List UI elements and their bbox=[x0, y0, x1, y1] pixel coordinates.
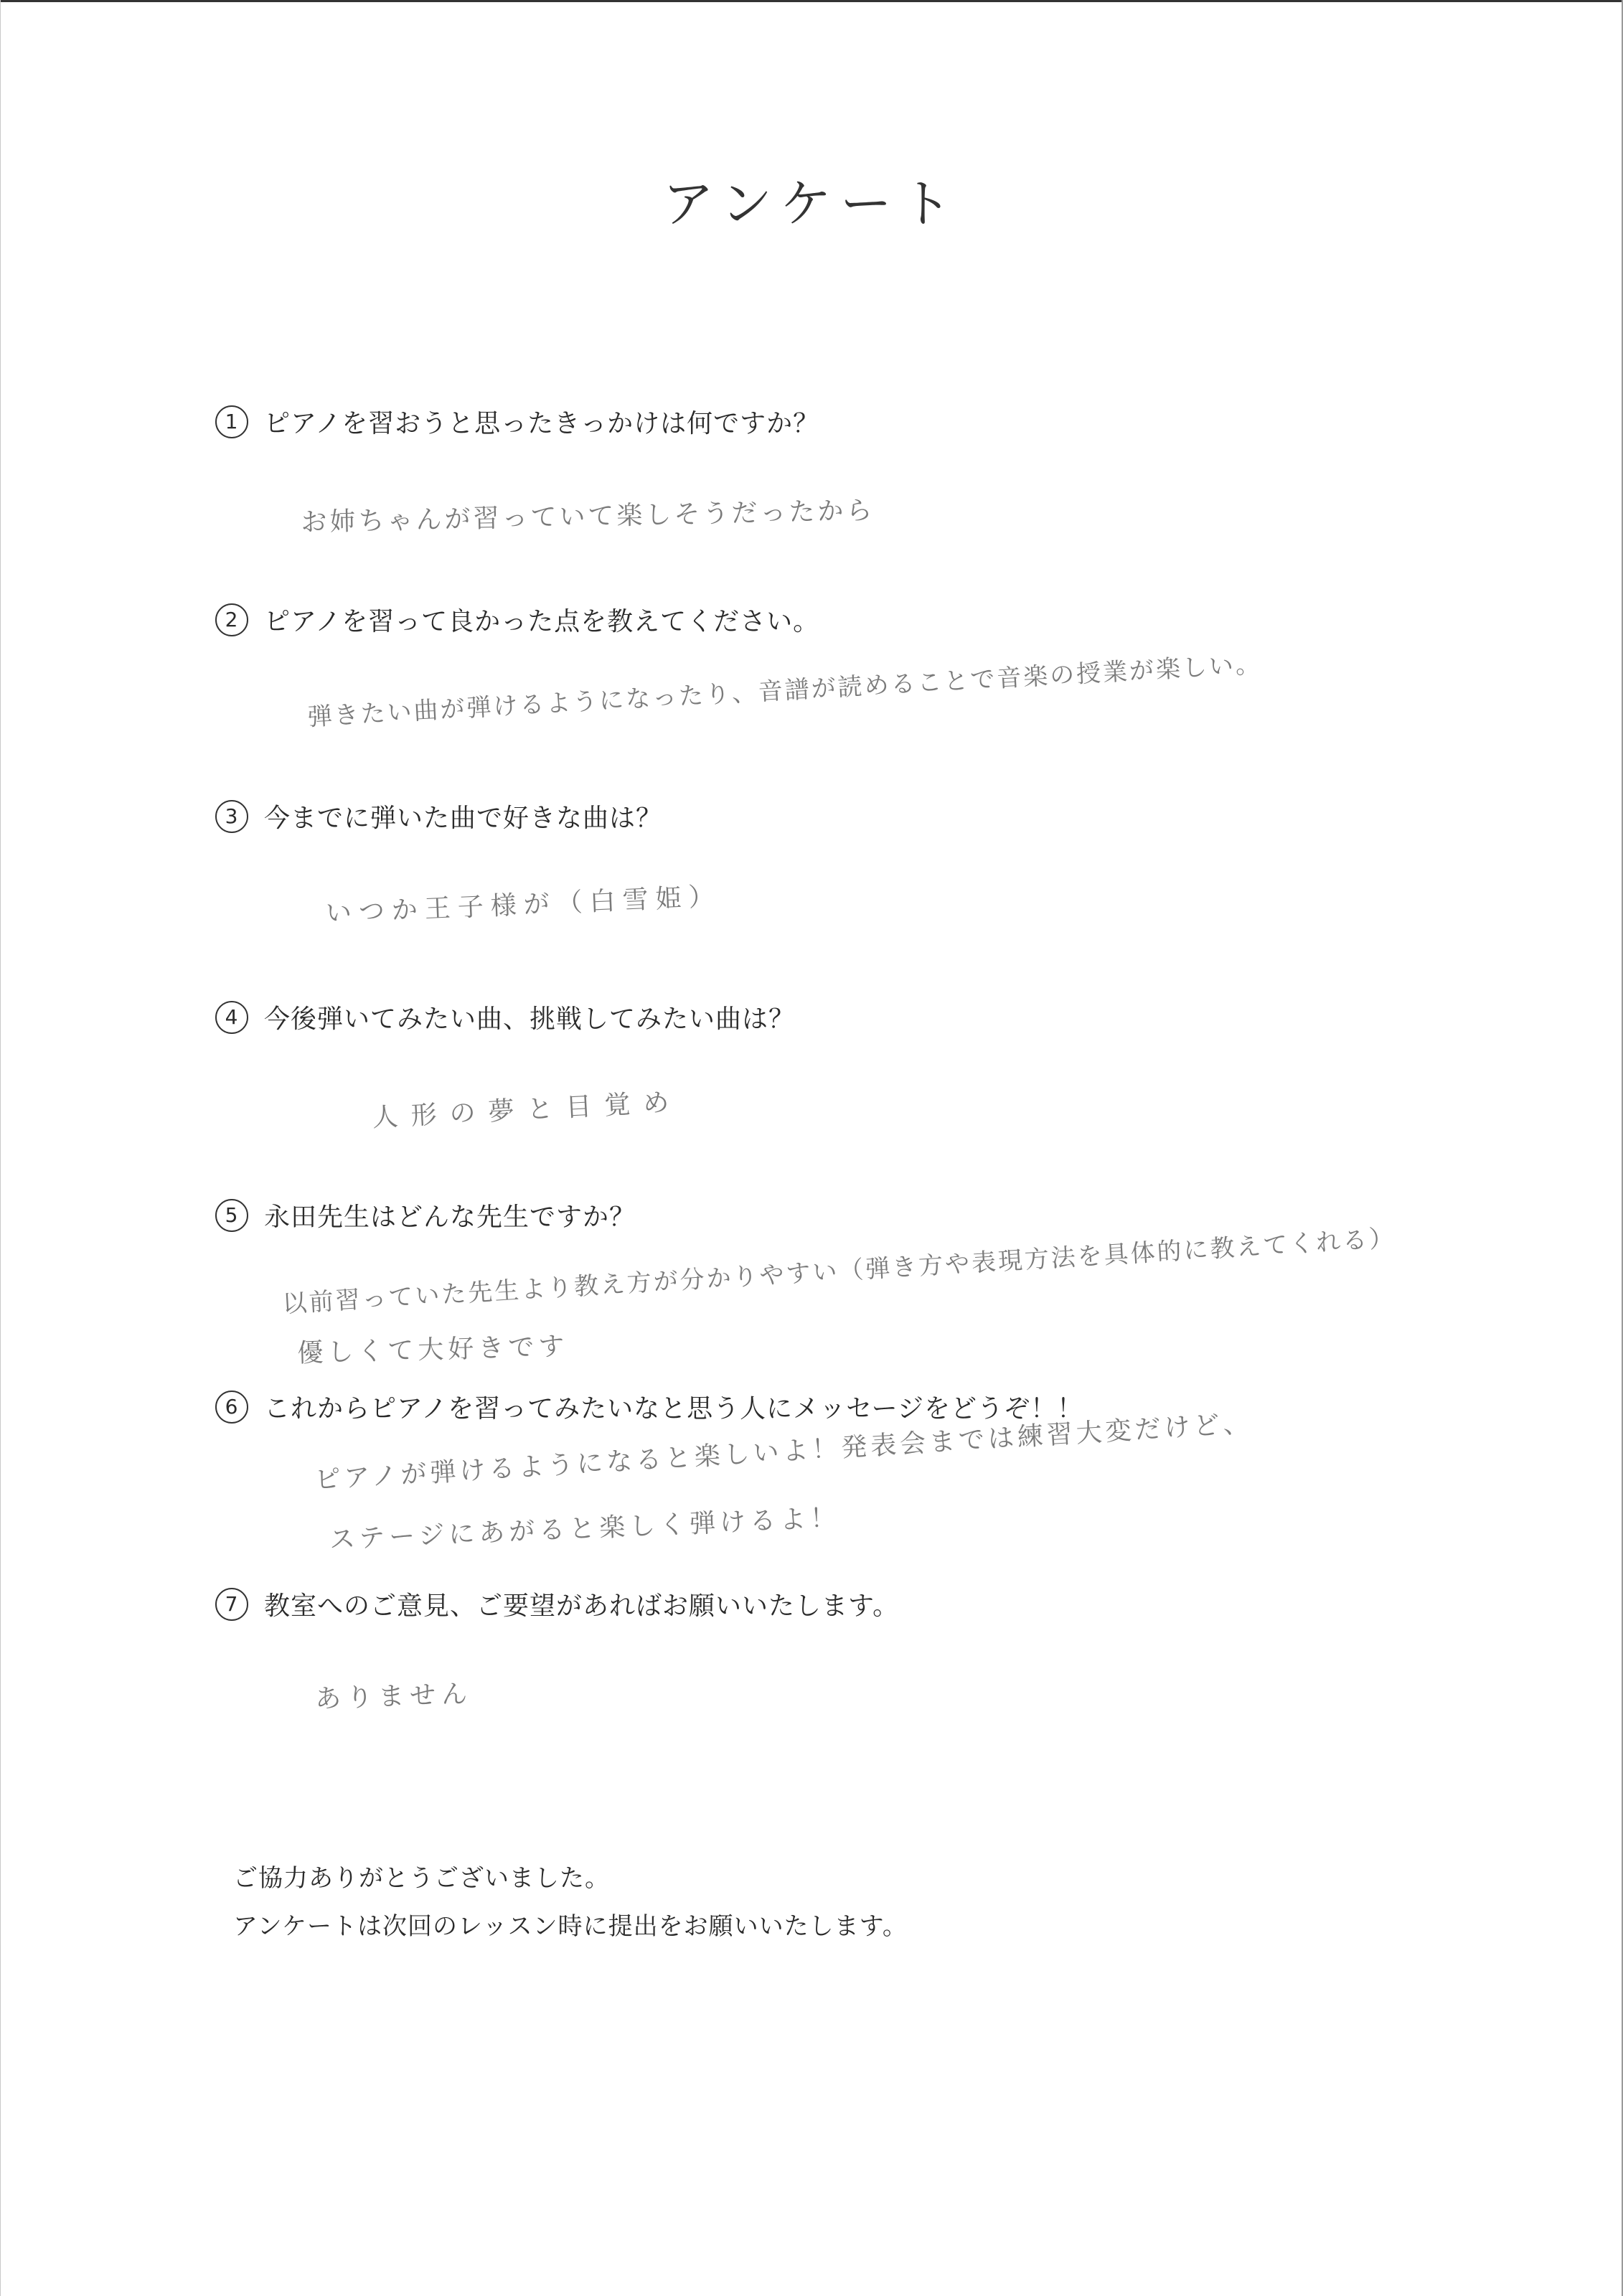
question-text: ピアノを習おうと思ったきっかけは何ですか？ bbox=[264, 409, 819, 438]
question-text: これからピアノを習ってみたいなと思う人にメッセージをどうぞ！！ bbox=[264, 1394, 1083, 1424]
question-2: 2ピアノを習って良かった点を教えてください。 bbox=[215, 601, 819, 639]
question-4: 4今後弾いてみたい曲、挑戦してみたい曲は？ bbox=[215, 999, 795, 1037]
answer-3-line-1: いつか王子様が（白雪姫） bbox=[325, 876, 723, 930]
question-1: 1ピアノを習おうと思ったきっかけは何ですか？ bbox=[215, 403, 819, 441]
question-number-badge: 1 bbox=[215, 405, 248, 438]
question-text: ピアノを習って良かった点を教えてください。 bbox=[264, 607, 819, 636]
question-number-badge: 2 bbox=[215, 603, 248, 636]
question-text: 今までに弾いた曲で好きな曲は？ bbox=[264, 804, 662, 833]
question-number-badge: 6 bbox=[215, 1391, 248, 1424]
answer-6-line-2: ステージにあがると楽しく弾けるよ！ bbox=[329, 1497, 841, 1556]
question-number-badge: 7 bbox=[215, 1588, 248, 1621]
question-7: 7教室へのご意見、ご要望があればお願いいたします。 bbox=[215, 1586, 899, 1624]
closing-instructions: アンケートは次回のレッスン時に提出をお願いいたします。 bbox=[233, 1906, 908, 1942]
question-number-badge: 3 bbox=[215, 800, 248, 833]
answer-2-line-1: 弾きたい曲が弾けるようになったり、音譜が読めることで音楽の授業が楽しい。 bbox=[306, 644, 1263, 733]
document-title: アンケート bbox=[0, 162, 1623, 237]
question-text: 永田先生はどんな先生ですか？ bbox=[264, 1203, 636, 1232]
scan-edge-left bbox=[0, 0, 1, 2296]
closing-thanks: ご協力ありがとうございました。 bbox=[233, 1858, 610, 1893]
question-number-badge: 5 bbox=[215, 1199, 248, 1232]
question-text: 教室へのご意見、ご要望があればお願いいたします。 bbox=[264, 1591, 899, 1621]
scan-edge-top bbox=[0, 0, 1623, 2]
question-number-badge: 4 bbox=[215, 1001, 248, 1034]
question-text: 今後弾いてみたい曲、挑戦してみたい曲は？ bbox=[264, 1004, 795, 1034]
answer-4-line-1: 人形の夢と目覚め bbox=[371, 1081, 682, 1134]
question-3: 3今までに弾いた曲で好きな曲は？ bbox=[215, 798, 662, 836]
answer-7-line-1: ありません bbox=[314, 1673, 474, 1716]
answer-5-line-2: 優しくて大好きです bbox=[297, 1326, 569, 1370]
answer-1-line-1: お姉ちゃんが習っていて楽しそうだったから bbox=[301, 490, 875, 539]
question-5: 5永田先生はどんな先生ですか？ bbox=[215, 1197, 636, 1235]
